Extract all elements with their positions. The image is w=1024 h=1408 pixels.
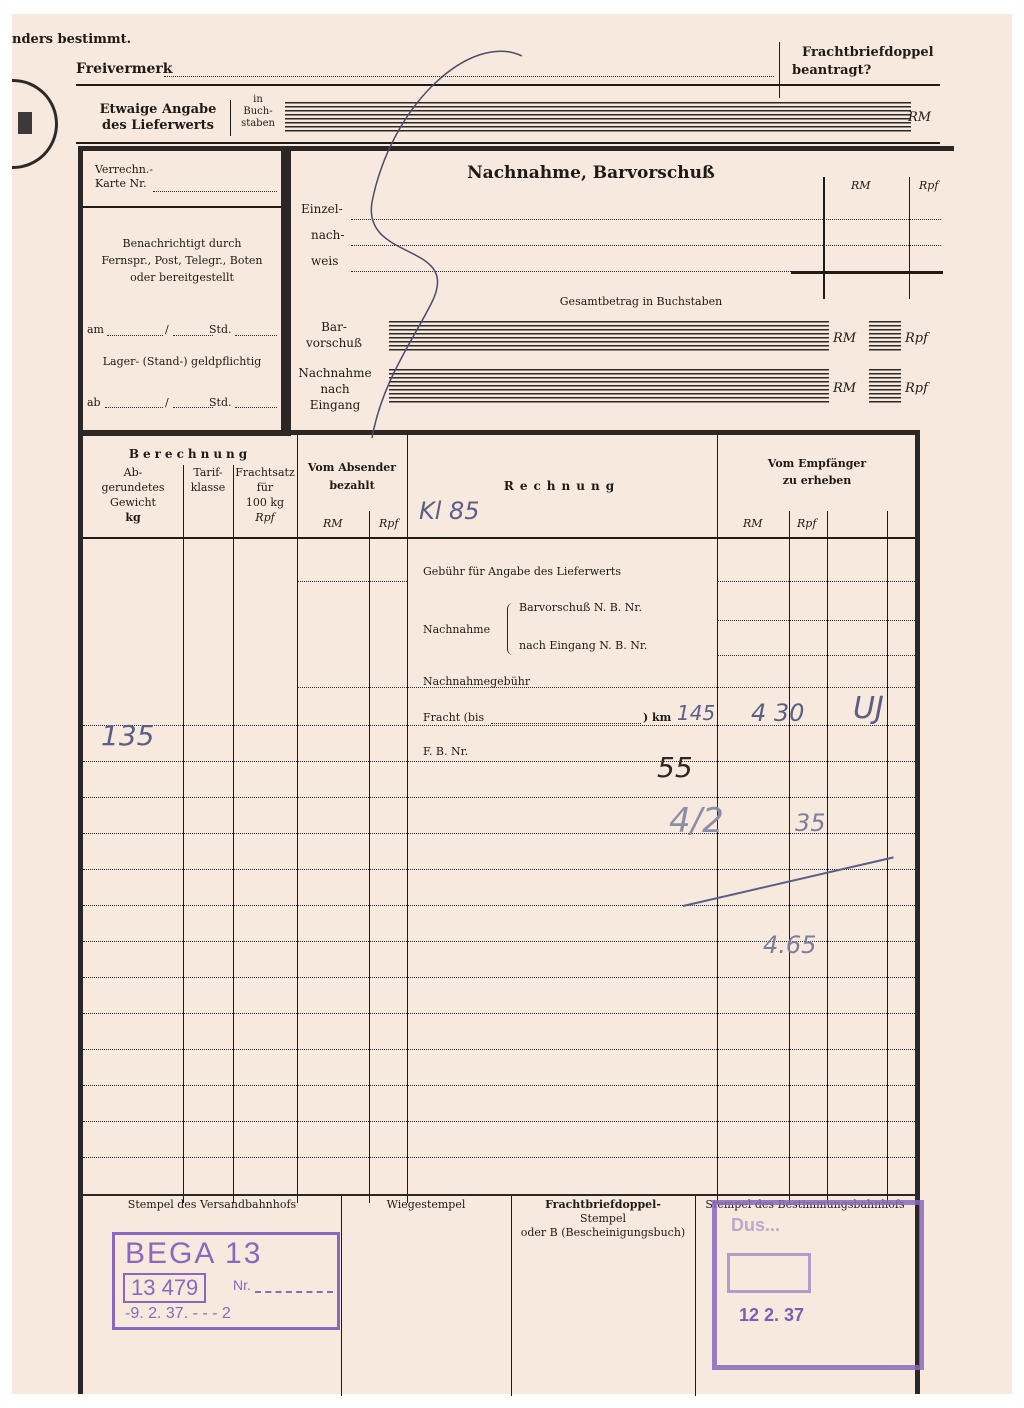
column-divider xyxy=(233,465,234,1203)
col-recipient-line1: Vom Empfänger xyxy=(717,455,917,472)
row-line xyxy=(83,833,915,834)
col-rate-line3: 100 kg xyxy=(233,495,297,510)
cod-rm-label: RM xyxy=(833,381,856,396)
row-line xyxy=(83,1121,915,1122)
column-divider xyxy=(827,511,828,1203)
handwritten-freight-amount: 4 30 xyxy=(751,699,804,727)
handwritten-weight: 135 xyxy=(101,719,154,752)
col-rate-line1: Frachtsatz xyxy=(233,465,297,480)
col-weight-unit: kg xyxy=(83,510,183,525)
destination-station-name: Dus... xyxy=(731,1215,780,1236)
sender-rm-label: RM xyxy=(323,517,343,530)
brace-icon xyxy=(230,100,231,136)
column-divider xyxy=(823,177,825,299)
notification-box: Verrechn.- Karte Nr. Benachrichtigt durc… xyxy=(78,146,286,436)
freivermerk-label: Freivermerk xyxy=(76,61,173,77)
duplicate-label-line2: beantragt? xyxy=(792,62,934,80)
am-time-field[interactable] xyxy=(173,335,213,336)
row-line xyxy=(717,655,915,656)
calculation-header: Berechnung xyxy=(83,447,297,461)
total-in-words-label: Gesamtbetrag in Buchstaben xyxy=(491,295,791,309)
col-weight-line3: Gewicht xyxy=(83,495,183,510)
destination-station-stamp: Dus... 12 2. 37 xyxy=(712,1200,924,1370)
destination-inner-box xyxy=(727,1253,811,1293)
col-sender-line2: bezahlt xyxy=(297,477,407,495)
slash-separator: / xyxy=(165,323,169,337)
col-tariff-header: Tarif- klasse xyxy=(183,465,233,495)
col-recipient-line2: zu erheben xyxy=(717,472,917,489)
am-label: am xyxy=(87,323,104,337)
row-line xyxy=(83,797,915,798)
row-line xyxy=(83,977,915,978)
sum-line xyxy=(791,271,943,274)
dispatch-stamp-number: 13 479 xyxy=(123,1273,206,1303)
am-date-field[interactable] xyxy=(107,335,163,336)
dispatch-station-stamp: BEGA 13 13 479 Nr. -9. 2. 37. - - - 2 xyxy=(112,1232,340,1330)
in-words-line3: staben xyxy=(238,118,278,130)
row-line xyxy=(83,1085,915,1086)
in-words-line1: in xyxy=(238,94,278,106)
col-weight-line2: gerundetes xyxy=(83,480,183,495)
dispatch-stamp-date: -9. 2. 37. - - - 2 xyxy=(125,1305,231,1323)
duplicate-stamp-label: Frachtbriefdoppel- Stempel oder B (Besch… xyxy=(511,1198,695,1240)
row-cod-advance-label: Barvorschuß N. B. Nr. xyxy=(519,601,642,615)
column-divider xyxy=(695,1196,696,1396)
column-divider xyxy=(407,435,408,1203)
row-fb-label: F. B. Nr. xyxy=(423,745,468,759)
row-line xyxy=(83,869,915,870)
seal-emblem-icon xyxy=(18,112,32,134)
dispatch-station-name: BEGA 13 xyxy=(125,1237,262,1271)
cod-rpf-field[interactable] xyxy=(869,369,901,405)
calculation-table: Berechnung Ab- gerundetes Gewicht kg Tar… xyxy=(78,430,920,1198)
storage-fee-label: Lager- (Stand-) geldpflichtig xyxy=(83,355,281,369)
dispatch-nr-label: Nr. xyxy=(233,1277,251,1293)
ab-hours-field[interactable] xyxy=(235,407,277,408)
in-words-label: in Buch- staben xyxy=(238,94,278,130)
account-card-line2: Karte Nr. xyxy=(95,177,153,191)
destination-stamp-date: 12 2. 37 xyxy=(739,1305,804,1326)
handwritten-initials: UJ xyxy=(853,691,884,726)
in-words-line2: Buch- xyxy=(238,106,278,118)
duplicate-stamp-line1: Frachtbriefdoppel- xyxy=(511,1198,695,1212)
std-label: Std. xyxy=(209,323,232,337)
row-line xyxy=(297,581,407,582)
divider xyxy=(83,206,281,208)
declared-value-label: Etwaige Angabe des Lieferwerts xyxy=(88,102,228,134)
advance-rm-label: RM xyxy=(833,331,856,346)
col-sender-line1: Vom Absender xyxy=(297,459,407,477)
freight-waybill-sheet: nders bestimmt. Freivermerk Frachtbriefd… xyxy=(12,14,1012,1394)
duplicate-label-line1: Frachtbriefdoppel xyxy=(792,44,934,62)
column-divider xyxy=(789,511,790,1203)
account-card-label: Verrechn.- Karte Nr. xyxy=(95,163,153,191)
row-value-fee-label: Gebühr für Angabe des Lieferwerts xyxy=(423,565,621,579)
account-card-line1: Verrechn.- xyxy=(95,163,153,177)
handwritten-extra-amount: 35 xyxy=(795,809,826,837)
row-freight-km-label: ) km xyxy=(643,711,671,725)
ab-date-field[interactable] xyxy=(105,407,163,408)
row-cod-label: Nachnahme xyxy=(423,623,490,637)
am-hours-field[interactable] xyxy=(235,335,277,336)
itemization-label-1: Einzel- xyxy=(301,201,343,217)
notified-line1: Benachrichtigt durch xyxy=(83,235,281,252)
row-line xyxy=(297,687,915,688)
column-divider xyxy=(341,1196,342,1396)
advance-rpf-field[interactable] xyxy=(869,321,901,353)
ab-label: ab xyxy=(87,396,101,410)
pen-stroke-icon xyxy=(352,42,532,442)
column-divider xyxy=(909,177,910,299)
row-line xyxy=(83,905,915,906)
slash-separator: / xyxy=(165,396,169,410)
declared-value-line1: Etwaige Angabe xyxy=(88,102,228,118)
duplicate-requested-label: Frachtbriefdoppel beantragt? xyxy=(792,44,934,80)
column-divider xyxy=(369,511,370,1203)
cod-rpf-label: Rpf xyxy=(905,381,928,396)
recipient-rpf-label: Rpf xyxy=(797,517,816,530)
notified-line3: oder bereitgestellt xyxy=(83,269,281,286)
declared-value-line2: des Lieferwerts xyxy=(88,118,228,134)
row-cod-fee-label: Nachnahmegebühr xyxy=(423,675,530,689)
col-sender-header: Vom Absender bezahlt xyxy=(297,459,407,495)
divider xyxy=(779,42,780,98)
railway-seal-icon xyxy=(12,79,58,169)
recipient-rm-label: RM xyxy=(743,517,763,530)
handwritten-km: 145 xyxy=(677,701,715,725)
notified-line2: Fernspr., Post, Telegr., Boten xyxy=(83,252,281,269)
column-divider xyxy=(297,435,298,1203)
column-divider xyxy=(183,465,184,1203)
col-weight-header: Ab- gerundetes Gewicht kg xyxy=(83,465,183,525)
col-tariff-line2: klasse xyxy=(183,480,233,495)
advance-rpf-label: Rpf xyxy=(905,331,928,346)
brace-icon xyxy=(507,603,515,655)
currency-rm-label: RM xyxy=(908,110,931,125)
col-invoice-header: Rechnung xyxy=(407,479,717,493)
handwritten-fb-number: 55 xyxy=(657,751,693,784)
dispatch-nr-field xyxy=(255,1291,333,1293)
top-fragment-text: nders bestimmt. xyxy=(12,32,131,48)
ab-time-field[interactable] xyxy=(173,407,213,408)
notified-by-label: Benachrichtigt durch Fernspr., Post, Tel… xyxy=(83,235,281,286)
row-line xyxy=(717,581,915,582)
dispatch-stamp-label: Stempel des Versandbahnhofs xyxy=(83,1198,341,1212)
handwritten-invoice-note: Kl 85 xyxy=(419,497,480,525)
row-line xyxy=(83,1013,915,1014)
std-label: Std. xyxy=(209,396,232,410)
handwritten-total: 4.65 xyxy=(763,931,816,959)
row-line xyxy=(83,1049,915,1050)
row-line xyxy=(83,1157,915,1158)
itemization-label-2: nach- xyxy=(311,227,344,243)
col-rate-header: Frachtsatz für 100 kg Rpf xyxy=(233,465,297,525)
col-recipient-header: Vom Empfänger zu erheben xyxy=(717,455,917,489)
col-rate-unit: Rpf xyxy=(233,510,297,525)
duplicate-stamp-line3: oder B (Bescheinigungsbuch) xyxy=(511,1226,695,1240)
duplicate-stamp-line2: Stempel xyxy=(511,1212,695,1226)
row-line xyxy=(717,620,915,621)
itemization-label-3: weis xyxy=(311,253,338,269)
rm-column-label: RM xyxy=(851,179,871,192)
sender-rpf-label: Rpf xyxy=(379,517,398,530)
col-rate-line2: für xyxy=(233,480,297,495)
account-card-field[interactable] xyxy=(153,191,277,192)
row-line xyxy=(83,761,915,762)
col-tariff-line1: Tarif- xyxy=(183,465,233,480)
handwritten-mark: 4/2 xyxy=(669,801,724,841)
freight-distance-field[interactable] xyxy=(491,723,641,724)
col-weight-line1: Ab- xyxy=(83,465,183,480)
row-cod-receipt-label: nach Eingang N. B. Nr. xyxy=(519,639,647,653)
weigh-stamp-label: Wiegestempel xyxy=(341,1198,511,1212)
header-divider xyxy=(83,537,915,539)
rpf-column-label: Rpf xyxy=(919,179,938,192)
row-freight-label: Fracht (bis xyxy=(423,711,484,725)
